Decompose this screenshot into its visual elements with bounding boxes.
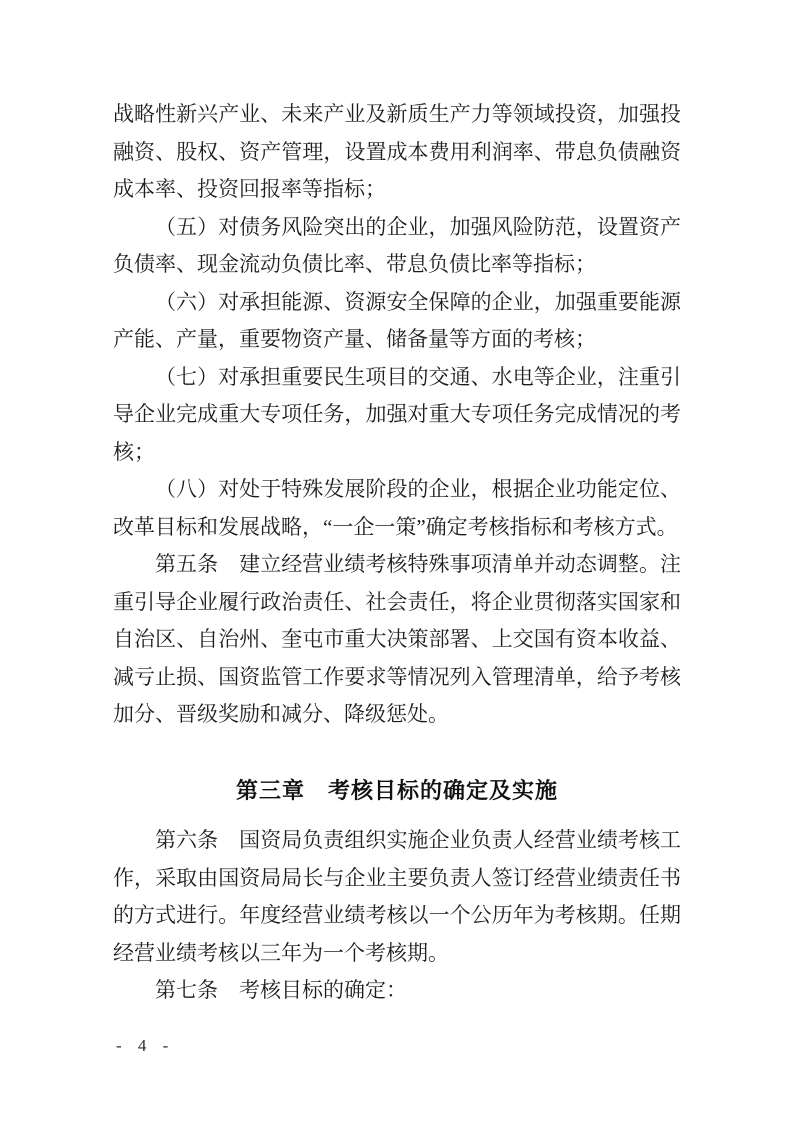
document-page: 战略性新兴产业、未来产业及新质生产力等领域投资，加强投融资、股权、资产管理，设置…: [0, 0, 793, 1122]
page-number: - 4 -: [116, 1036, 174, 1056]
paragraph: （七）对承担重要民生项目的交通、水电等企业，注重引导企业完成重大专项任务，加强对…: [113, 359, 681, 472]
paragraph: 战略性新兴产业、未来产业及新质生产力等领域投资，加强投融资、股权、资产管理，设置…: [113, 96, 681, 209]
chapter-heading: 第三章 考核目标的确定及实施: [113, 772, 681, 810]
paragraph: 第五条 建立经营业绩考核特殊事项清单并动态调整。注重引导企业履行政治责任、社会责…: [113, 546, 681, 734]
paragraph: （八）对处于特殊发展阶段的企业，根据企业功能定位、改革目标和发展战略，“一企一策…: [113, 471, 681, 546]
paragraph: （五）对债务风险突出的企业，加强风险防范，设置资产负债率、现金流动负债比率、带息…: [113, 209, 681, 284]
paragraph: 第六条 国资局负责组织实施企业负责人经营业绩考核工作，采取由国资局局长与企业主要…: [113, 822, 681, 972]
paragraph: 第七条 考核目标的确定：: [113, 972, 681, 1010]
document-body: 战略性新兴产业、未来产业及新质生产力等领域投资，加强投融资、股权、资产管理，设置…: [113, 96, 681, 1010]
paragraph: （六）对承担能源、资源安全保障的企业，加强重要能源产能、产量，重要物资产量、储备…: [113, 284, 681, 359]
